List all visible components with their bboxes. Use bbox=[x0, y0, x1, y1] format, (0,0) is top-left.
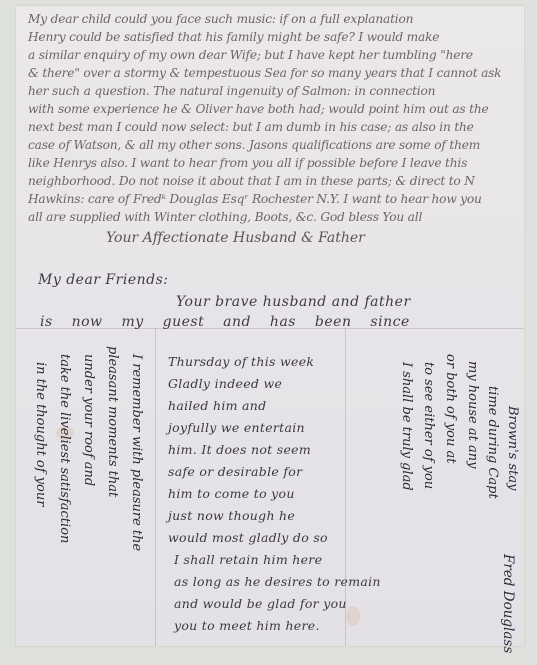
column-line: him to come to you bbox=[168, 486, 295, 501]
letter-line: Henry could be satisfied that his family… bbox=[28, 30, 439, 44]
letter-line: & there" over a stormy & tempestuous Sea… bbox=[28, 66, 501, 80]
column-line: I shall retain him here bbox=[174, 552, 322, 567]
margin-line-right: I shall be truly glad bbox=[399, 362, 414, 491]
margin-line-right: Brown's stay bbox=[505, 406, 520, 490]
letter-line: Hawkins: care of Fredᵏ Douglas Esqʳ Roch… bbox=[28, 192, 482, 206]
letter-line: her such a question. The natural ingenui… bbox=[28, 84, 435, 98]
column-line: joyfully we entertain bbox=[168, 420, 305, 435]
column-line: and would be glad for you bbox=[174, 596, 347, 611]
letter-closing: Your Affectionate Husband & Father bbox=[106, 230, 365, 246]
letter-line: all are supplied with Winter clothing, B… bbox=[28, 210, 422, 224]
letter-line: next best man I could now select: but I … bbox=[28, 120, 474, 134]
margin-line-left: take the liveliest satisfaction bbox=[57, 354, 72, 543]
column-line: safe or desirable for bbox=[168, 464, 302, 479]
margin-line-right: to see either of you bbox=[421, 362, 436, 489]
margin-line-left: in the thought of your bbox=[33, 362, 48, 506]
letter-line: with some experience he & Oliver have bo… bbox=[28, 102, 489, 116]
column-line: him. It does not seem bbox=[168, 442, 311, 457]
intro-line: Your brave husband and father bbox=[176, 294, 411, 310]
margin-line-left: I remember with pleasure the bbox=[129, 354, 144, 551]
signature: Fred Douglass bbox=[500, 554, 516, 653]
fold-line-vertical-left bbox=[155, 328, 156, 646]
column-line: you to meet him here. bbox=[174, 618, 320, 633]
column-line: Thursday of this week bbox=[168, 354, 314, 369]
column-line: hailed him and bbox=[168, 398, 266, 413]
column-line: Gladly indeed we bbox=[168, 376, 282, 391]
salutation: My dear Friends: bbox=[38, 272, 168, 288]
letter-line: neighborhood. Do not noise it about that… bbox=[28, 174, 475, 188]
column-line: as long as he desires to remain bbox=[174, 574, 381, 589]
margin-line-right: time during Capt bbox=[485, 386, 500, 499]
letter-line: case of Watson, & all my other sons. Jas… bbox=[28, 138, 480, 152]
paper-stain bbox=[346, 606, 360, 626]
column-line: would most gladly do so bbox=[168, 530, 328, 545]
margin-line-right: my house at any bbox=[465, 361, 480, 468]
letter-line: My dear child could you face such music:… bbox=[28, 12, 413, 26]
column-line: just now though he bbox=[168, 508, 295, 523]
letter-paper: My dear child could you face such music:… bbox=[16, 6, 524, 646]
letter-line: a similar enquiry of my own dear Wife; b… bbox=[28, 48, 473, 62]
margin-line-right: or both of you at bbox=[443, 354, 458, 463]
margin-line-left: under your roof and bbox=[81, 354, 96, 486]
intro-line: is now my guest and has been since bbox=[40, 314, 410, 330]
letter-line: like Henrys also. I want to hear from yo… bbox=[28, 156, 467, 170]
margin-line-left: pleasant moments that bbox=[105, 346, 120, 497]
